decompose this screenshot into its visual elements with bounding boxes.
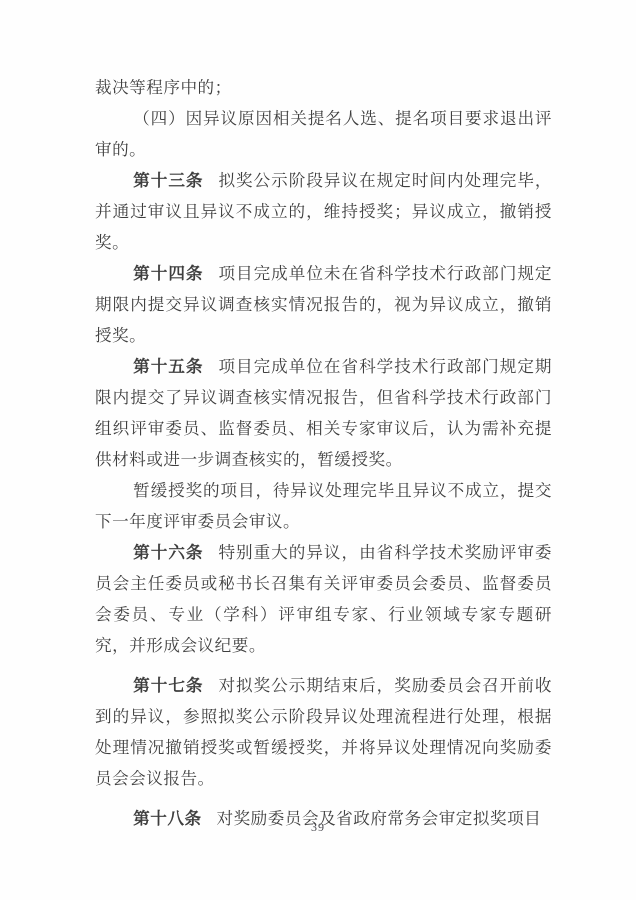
article-number: 第十六条 [133, 543, 203, 562]
page-number: 39 [311, 820, 325, 834]
article-number: 第十七条 [133, 676, 203, 695]
article-number: 第十五条 [133, 357, 203, 376]
article-number: 第十三条 [133, 171, 203, 190]
paragraph: 暂缓授奖的项目，待异议处理完毕且异议不成立，提交下一年度评审委员会审议。 [95, 475, 552, 537]
paragraph-article-16: 第十六条特别重大的异议，由省科学技术奖励评审委员会主任委员或秘书长召集有关评审委… [95, 537, 552, 661]
paragraph: 裁决等程序中的； [95, 72, 552, 103]
page-footer: 39 [0, 818, 636, 836]
paragraph-text: 暂缓授奖的项目，待异议处理完毕且异议不成立，提交下一年度评审委员会审议。 [95, 481, 552, 531]
paragraph-text: （四）因异议原因相关提名人选、提名项目要求退出评审的。 [95, 109, 552, 159]
paragraph-article-13: 第十三条拟奖公示阶段异议在规定时间内处理完毕，并通过审议且异议不成立的，维持授奖… [95, 165, 552, 258]
paragraph: （四）因异议原因相关提名人选、提名项目要求退出评审的。 [95, 103, 552, 165]
article-number: 第十四条 [133, 264, 203, 283]
document-page: 裁决等程序中的； （四）因异议原因相关提名人选、提名项目要求退出评审的。 第十三… [0, 0, 636, 900]
paragraph-article-17: 第十七条对拟奖公示期结束后，奖励委员会召开前收到的异议，参照拟奖公示阶段异议处理… [95, 670, 552, 794]
paragraph-article-14: 第十四条项目完成单位未在省科学技术行政部门规定期限内提交异议调查核实情况报告的，… [95, 258, 552, 351]
document-body: 裁决等程序中的； （四）因异议原因相关提名人选、提名项目要求退出评审的。 第十三… [95, 72, 552, 834]
paragraph-article-15: 第十五条项目完成单位在省科学技术行政部门规定期限内提交了异议调查核实情况报告，但… [95, 351, 552, 475]
paragraph-text: 裁决等程序中的； [95, 78, 232, 97]
